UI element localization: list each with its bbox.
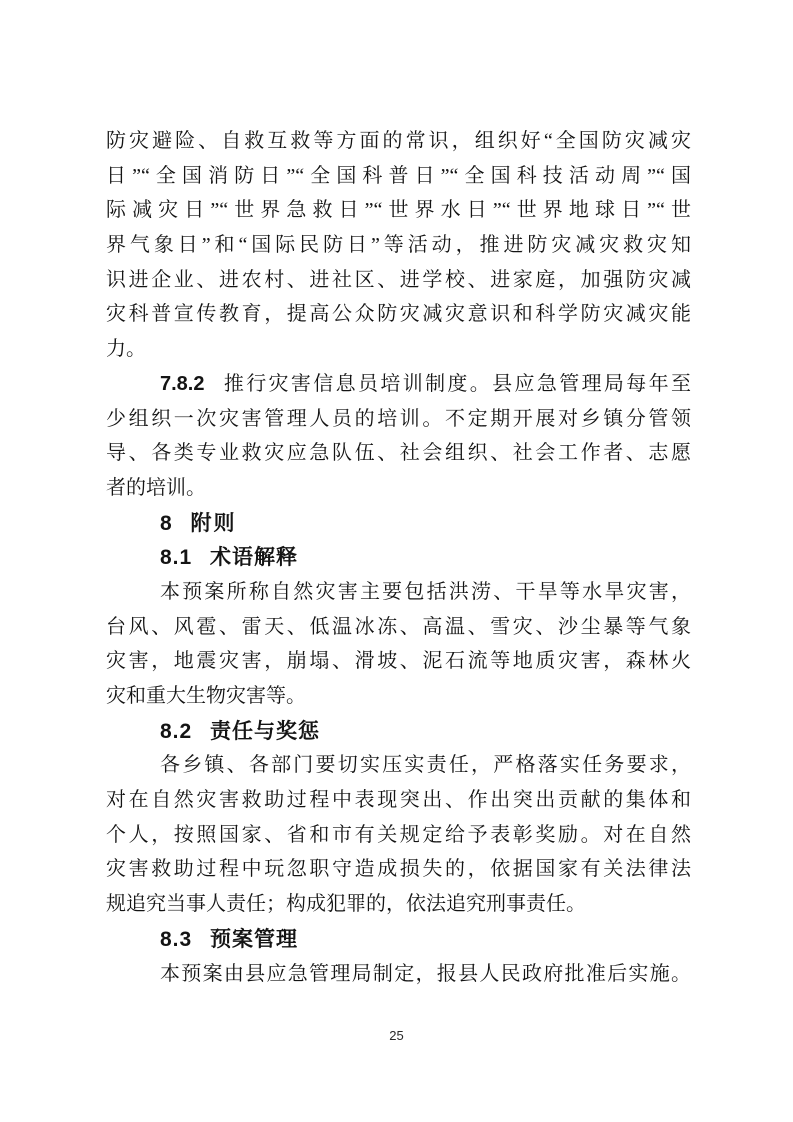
chapter-heading: 8附则	[106, 506, 691, 541]
heading-number: 8.2	[160, 720, 192, 743]
heading-number: 8.3	[160, 928, 192, 951]
paragraph-line: 各乡镇、各部门要切实压实责任，严格落实任务要求，	[106, 748, 691, 783]
paragraph-line: 个人，按照国家、省和市有关规定给予表彰奖励。对在自然	[106, 818, 691, 853]
paragraph-line: 少组织一次灾害管理人员的培训。不定期开展对乡镇分管领	[106, 402, 691, 437]
paragraph-line: 灾和重大生物灾害等。	[106, 679, 691, 714]
heading-title: 附则	[191, 512, 237, 535]
heading-title: 责任与奖惩	[210, 719, 320, 743]
paragraph-line: 际减灾日”“世界急救日”“世界水日”“世界地球日”“世	[106, 193, 691, 228]
paragraph-line: 灾害救助过程中玩忽职守造成损失的，依据国家有关法律法	[106, 852, 691, 887]
paragraph-line: 台风、风雹、雷天、低温冰冻、高温、雪灾、沙尘暴等气象	[106, 610, 691, 645]
paragraph-line: 7.8.2推行灾害信息员培训制度。县应急管理局每年至	[106, 367, 691, 402]
document-page: 防灾避险、自救互救等方面的常识，组织好“全国防灾减灾日”“全国消防日”“全国科普…	[0, 0, 793, 1122]
section-heading: 8.1术语解释	[106, 540, 691, 575]
paragraph-line: 对在自然灾害救助过程中表现突出、作出突出贡献的集体和	[106, 783, 691, 818]
paragraph-line: 力。	[106, 332, 691, 367]
page-number: 25	[0, 1028, 793, 1043]
heading-number: 8	[160, 512, 173, 535]
section-heading: 8.3预案管理	[106, 922, 691, 957]
heading-number: 8.1	[160, 546, 192, 569]
paragraph-line: 者的培训。	[106, 471, 691, 506]
clause-number: 7.8.2	[160, 373, 204, 395]
section-heading: 8.2责任与奖惩	[106, 714, 691, 749]
paragraph-line: 导、各类专业救灾应急队伍、社会组织、社会工作者、志愿	[106, 436, 691, 471]
paragraph-line: 防灾避险、自救互救等方面的常识，组织好“全国防灾减灾	[106, 124, 691, 159]
paragraph-text: 推行灾害信息员培训制度。县应急管理局每年至	[221, 373, 691, 395]
heading-title: 术语解释	[210, 545, 298, 569]
paragraph-line: 灾科普宣传教育，提高公众防灾减灾意识和科学防灾减灾能	[106, 297, 691, 332]
paragraph-line: 灾害，地震灾害，崩塌、滑坡、泥石流等地质灾害，森林火	[106, 644, 691, 679]
paragraph-line: 本预案所称自然灾害主要包括洪涝、干旱等水旱灾害，	[106, 575, 691, 610]
paragraph-line: 规追究当事人责任；构成犯罪的，依法追究刑事责任。	[106, 887, 691, 922]
paragraph-line: 识进企业、进农村、进社区、进学校、进家庭，加强防灾减	[106, 263, 691, 298]
paragraph-line: 本预案由县应急管理局制定，报县人民政府批准后实施。	[106, 957, 691, 992]
paragraph-line: 日”“全国消防日”“全国科普日”“全国科技活动周”“国	[106, 159, 691, 194]
document-content: 防灾避险、自救互救等方面的常识，组织好“全国防灾减灾日”“全国消防日”“全国科普…	[106, 124, 691, 991]
heading-title: 预案管理	[210, 927, 298, 951]
paragraph-line: 界气象日”和“国际民防日”等活动，推进防灾减灾救灾知	[106, 228, 691, 263]
